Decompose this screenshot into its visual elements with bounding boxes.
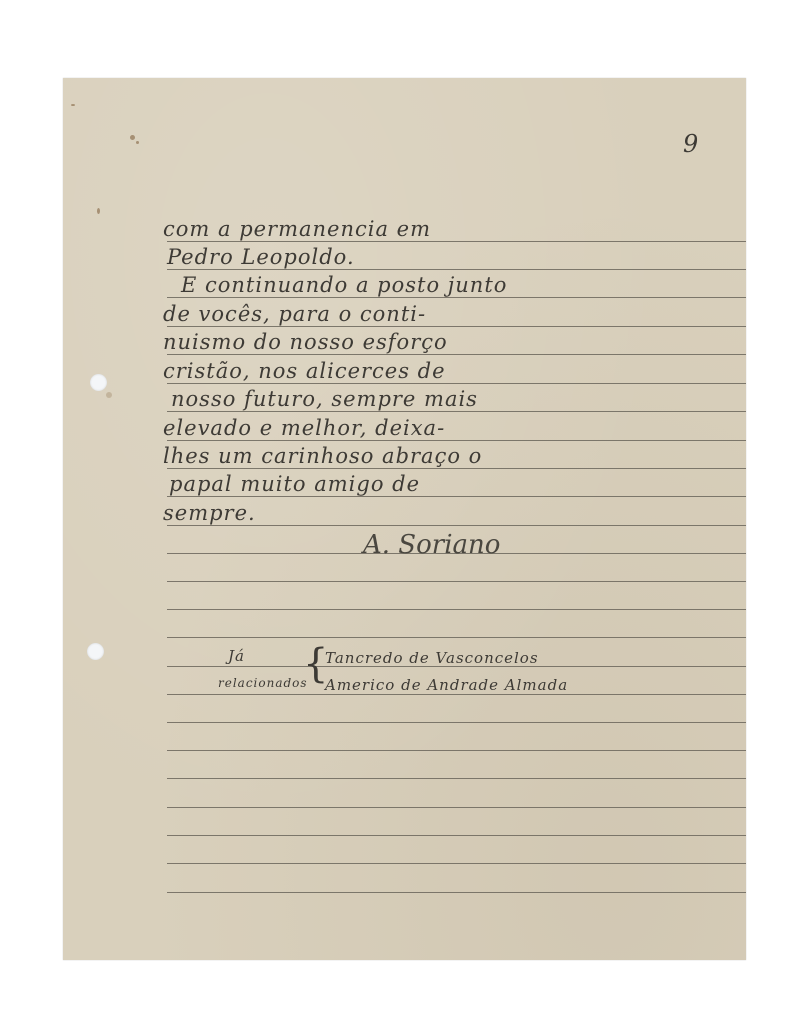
punch-hole-bottom <box>87 643 104 660</box>
stain-spot <box>97 208 100 214</box>
letter-line: de vocês, para o conti- <box>163 302 426 326</box>
page-number: 9 <box>683 130 698 158</box>
note-name: Americo de Andrade Almada <box>325 676 568 694</box>
letter-page: 9 com a permanencia em Pedro Leopoldo. E… <box>63 78 746 960</box>
ruled-line <box>167 383 746 384</box>
ruled-line <box>167 694 746 695</box>
ruled-line <box>167 609 746 610</box>
punch-hole-top <box>90 374 107 391</box>
ruled-line <box>167 269 746 270</box>
stain-spot <box>71 104 75 106</box>
ruled-line <box>167 411 746 412</box>
note-label-bottom: relacionados <box>218 676 308 690</box>
ruled-line <box>167 354 746 355</box>
ruled-line <box>167 326 746 327</box>
ruled-line <box>167 750 746 751</box>
letter-line: Pedro Leopoldo. <box>167 245 355 269</box>
stain-spot <box>106 392 112 398</box>
letter-line: com a permanencia em <box>163 217 431 241</box>
note-label-top: Já <box>228 647 245 665</box>
letter-line: sempre. <box>163 501 256 525</box>
ruled-line <box>167 835 746 836</box>
stain-spot <box>136 141 139 144</box>
letter-line: E continuando a posto junto <box>181 273 507 297</box>
letter-line: nosso futuro, sempre mais <box>171 387 478 411</box>
letter-line: cristão, nos alicerces de <box>163 359 446 383</box>
stain-spot <box>130 135 135 140</box>
ruled-line <box>167 496 746 497</box>
ruled-line <box>167 581 746 582</box>
ruled-line <box>167 722 746 723</box>
ruled-line <box>167 525 746 526</box>
ruled-line <box>167 440 746 441</box>
ruled-line <box>167 778 746 779</box>
ruled-line <box>167 297 746 298</box>
ruled-line <box>167 637 746 638</box>
letter-line: elevado e melhor, deixa- <box>163 416 445 440</box>
note-name: Tancredo de Vasconcelos <box>325 649 539 667</box>
ruled-line <box>167 241 746 242</box>
letter-line: lhes um carinhoso abraço o <box>163 444 482 468</box>
letter-line: papal muito amigo de <box>169 472 420 496</box>
ruled-line <box>167 807 746 808</box>
letter-line: nuismo do nosso esforço <box>163 330 448 354</box>
ruled-line <box>167 468 746 469</box>
ruled-line <box>167 892 746 893</box>
signature: A. Soriano <box>363 530 500 560</box>
ruled-line <box>167 863 746 864</box>
